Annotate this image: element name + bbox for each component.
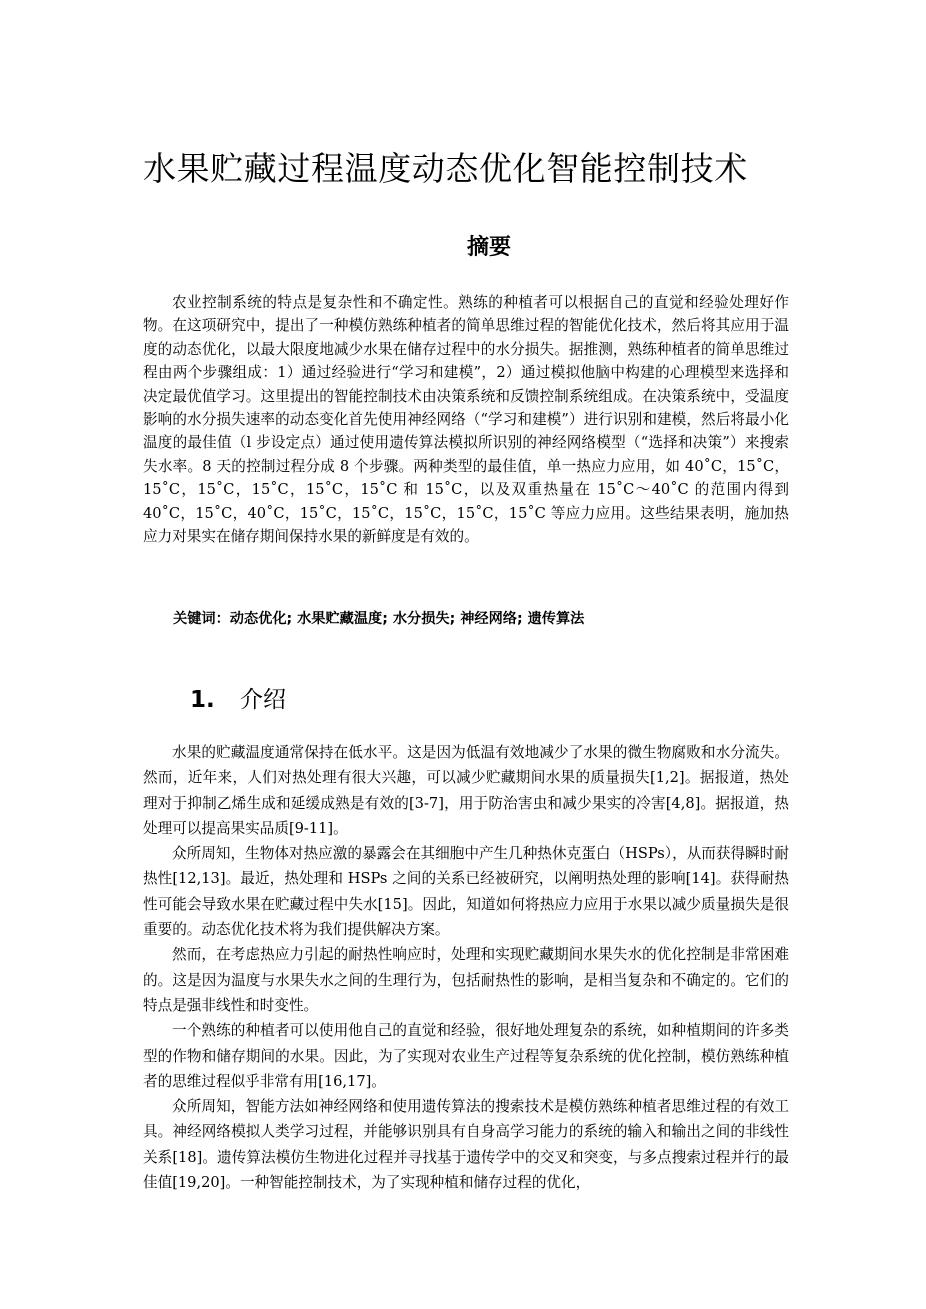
document-title: 水果贮藏过程温度动态优化智能控制技术: [143, 147, 843, 191]
keywords: 关键词：动态优化; 水果贮藏温度; 水分损失; 神经网络; 遗传算法: [173, 608, 584, 630]
paragraph: 众所周知，智能方法如神经网络和使用遗传算法的搜索技术是模仿熟练种植者思维过程的有…: [143, 1094, 789, 1195]
abstract-text: 农业控制系统的特点是复杂性和不确定性。熟练的种植者可以根据自己的直觉和经验处理好…: [143, 291, 789, 548]
paragraph: 众所周知，生物体对热应激的暴露会在其细胞中产生几种热休克蛋白（HSPs），从而获…: [143, 841, 789, 942]
section-number: 1.: [190, 683, 240, 717]
paragraph: 水果的贮藏温度通常保持在低水平。这是因为低温有效地减少了水果的微生物腐败和水分流…: [143, 740, 789, 841]
paragraph: 然而，在考虑热应力引起的耐热性响应时，处理和实现贮藏期间水果失水的优化控制是非常…: [143, 942, 789, 1018]
section-title: 介绍: [240, 687, 286, 713]
introduction-body: 水果的贮藏温度通常保持在低水平。这是因为低温有效地减少了水果的微生物腐败和水分流…: [143, 740, 789, 1195]
paragraph: 一个熟练的种植者可以使用他自己的直觉和经验，很好地处理复杂的系统，如种植期间的许…: [143, 1018, 789, 1094]
abstract-heading: 摘要: [143, 232, 835, 264]
section-heading-introduction: 1.介绍: [190, 683, 286, 717]
